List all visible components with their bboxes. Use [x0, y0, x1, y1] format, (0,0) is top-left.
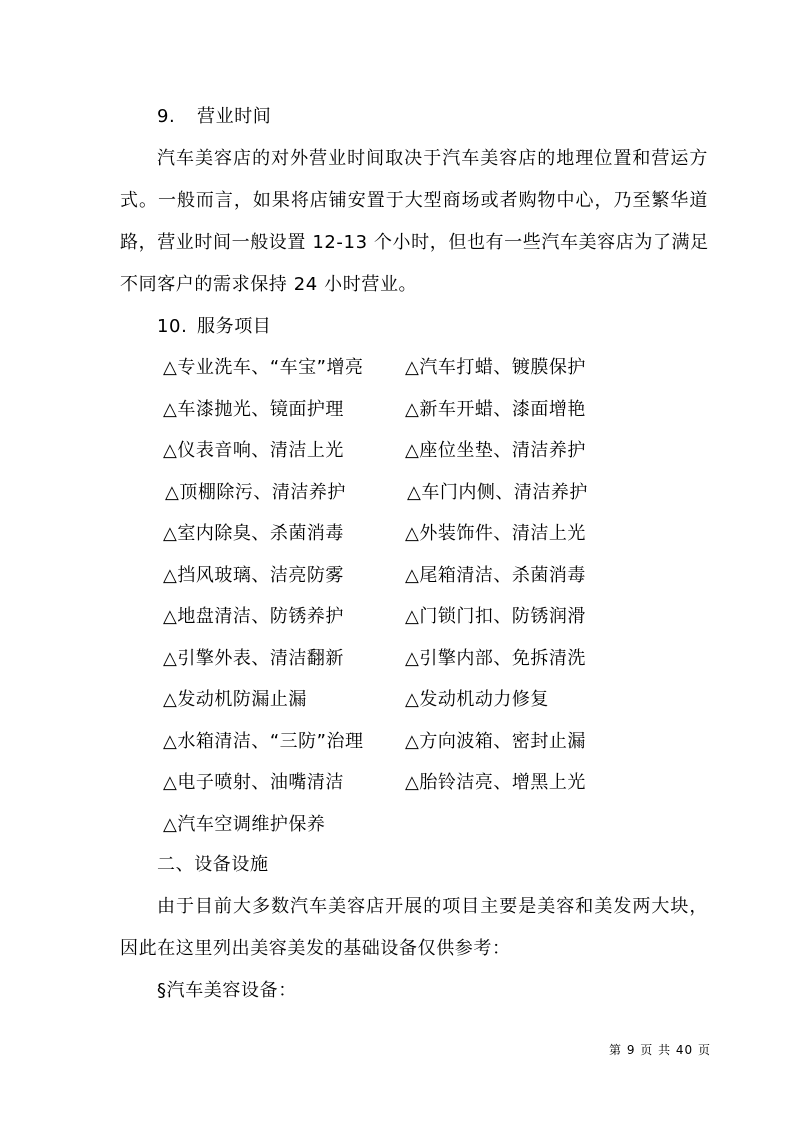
service-item: △专业洗车、“车宝”增亮	[163, 356, 364, 380]
service-item: △胎铃洁亮、增黑上光	[405, 771, 586, 795]
service-item: △引擎内部、免拆清洗	[405, 647, 586, 671]
service-item: △门锁门扣、防锈润滑	[405, 605, 586, 629]
paragraph-line: 式。一般而言，如果将店铺安置于大型商场或者购物中心，乃至繁华道	[120, 189, 708, 213]
service-item: △方向波箱、密封止漏	[405, 730, 586, 754]
service-item: △汽车空调维护保养	[163, 813, 325, 837]
service-item: △汽车打蜡、镀膜保护	[405, 356, 586, 380]
section-9-title: 营业时间	[197, 106, 271, 127]
service-item: △引擎外表、清洁翻新	[163, 647, 344, 671]
service-item: △座位坐垫、清洁养护	[405, 439, 586, 463]
service-item: △室内除臭、杀菌消毒	[163, 522, 344, 546]
service-item: △车门内侧、清洁养护	[407, 481, 588, 505]
service-item: △电子喷射、油嘴清洁	[163, 771, 344, 795]
service-item: △挡风玻璃、洁亮防雾	[163, 564, 344, 588]
service-item: △顶棚除污、清洁养护	[165, 481, 346, 505]
service-item: △仪表音响、清洁上光	[163, 439, 344, 463]
service-item: △车漆抛光、镜面护理	[163, 398, 344, 422]
paragraph-line: 不同客户的需求保持 24 小时营业。	[120, 273, 708, 297]
paragraph-line: 由于目前大多数汽车美容店开展的项目主要是美容和美发两大块，	[120, 895, 708, 919]
section-10-number: 10.	[157, 315, 197, 339]
chapter-2-heading: 二、设备设施	[157, 853, 269, 877]
service-item: △地盘清洁、防锈养护	[163, 605, 344, 629]
paragraph-line: 因此在这里列出美容美发的基础设备仅供参考：	[120, 937, 708, 961]
paragraph-line: 路，营业时间一般设置 12-13 个小时，但也有一些汽车美容店为了满足	[120, 231, 708, 255]
service-item: △新车开蜡、漆面增艳	[405, 398, 586, 422]
section-9-number: 9.	[157, 105, 197, 129]
service-item: △发动机动力修复	[405, 688, 549, 712]
service-item: △发动机防漏止漏	[163, 688, 307, 712]
equipment-subheading: §汽车美容设备：	[157, 979, 297, 1003]
paragraph-line: 汽车美容店的对外营业时间取决于汽车美容店的地理位置和营运方	[120, 147, 708, 171]
section-9-heading: 9.营业时间	[157, 105, 271, 129]
service-item: △水箱清洁、“三防”治理	[163, 730, 364, 754]
service-item: △外装饰件、清洁上光	[405, 522, 586, 546]
section-10-heading: 10.服务项目	[157, 315, 271, 339]
document-page: 9.营业时间 汽车美容店的对外营业时间取决于汽车美容店的地理位置和营运方 式。一…	[0, 0, 794, 1123]
section-10-title: 服务项目	[197, 316, 271, 337]
service-item: △尾箱清洁、杀菌消毒	[405, 564, 586, 588]
page-number-footer: 第 9 页 共 40 页	[609, 1042, 711, 1058]
